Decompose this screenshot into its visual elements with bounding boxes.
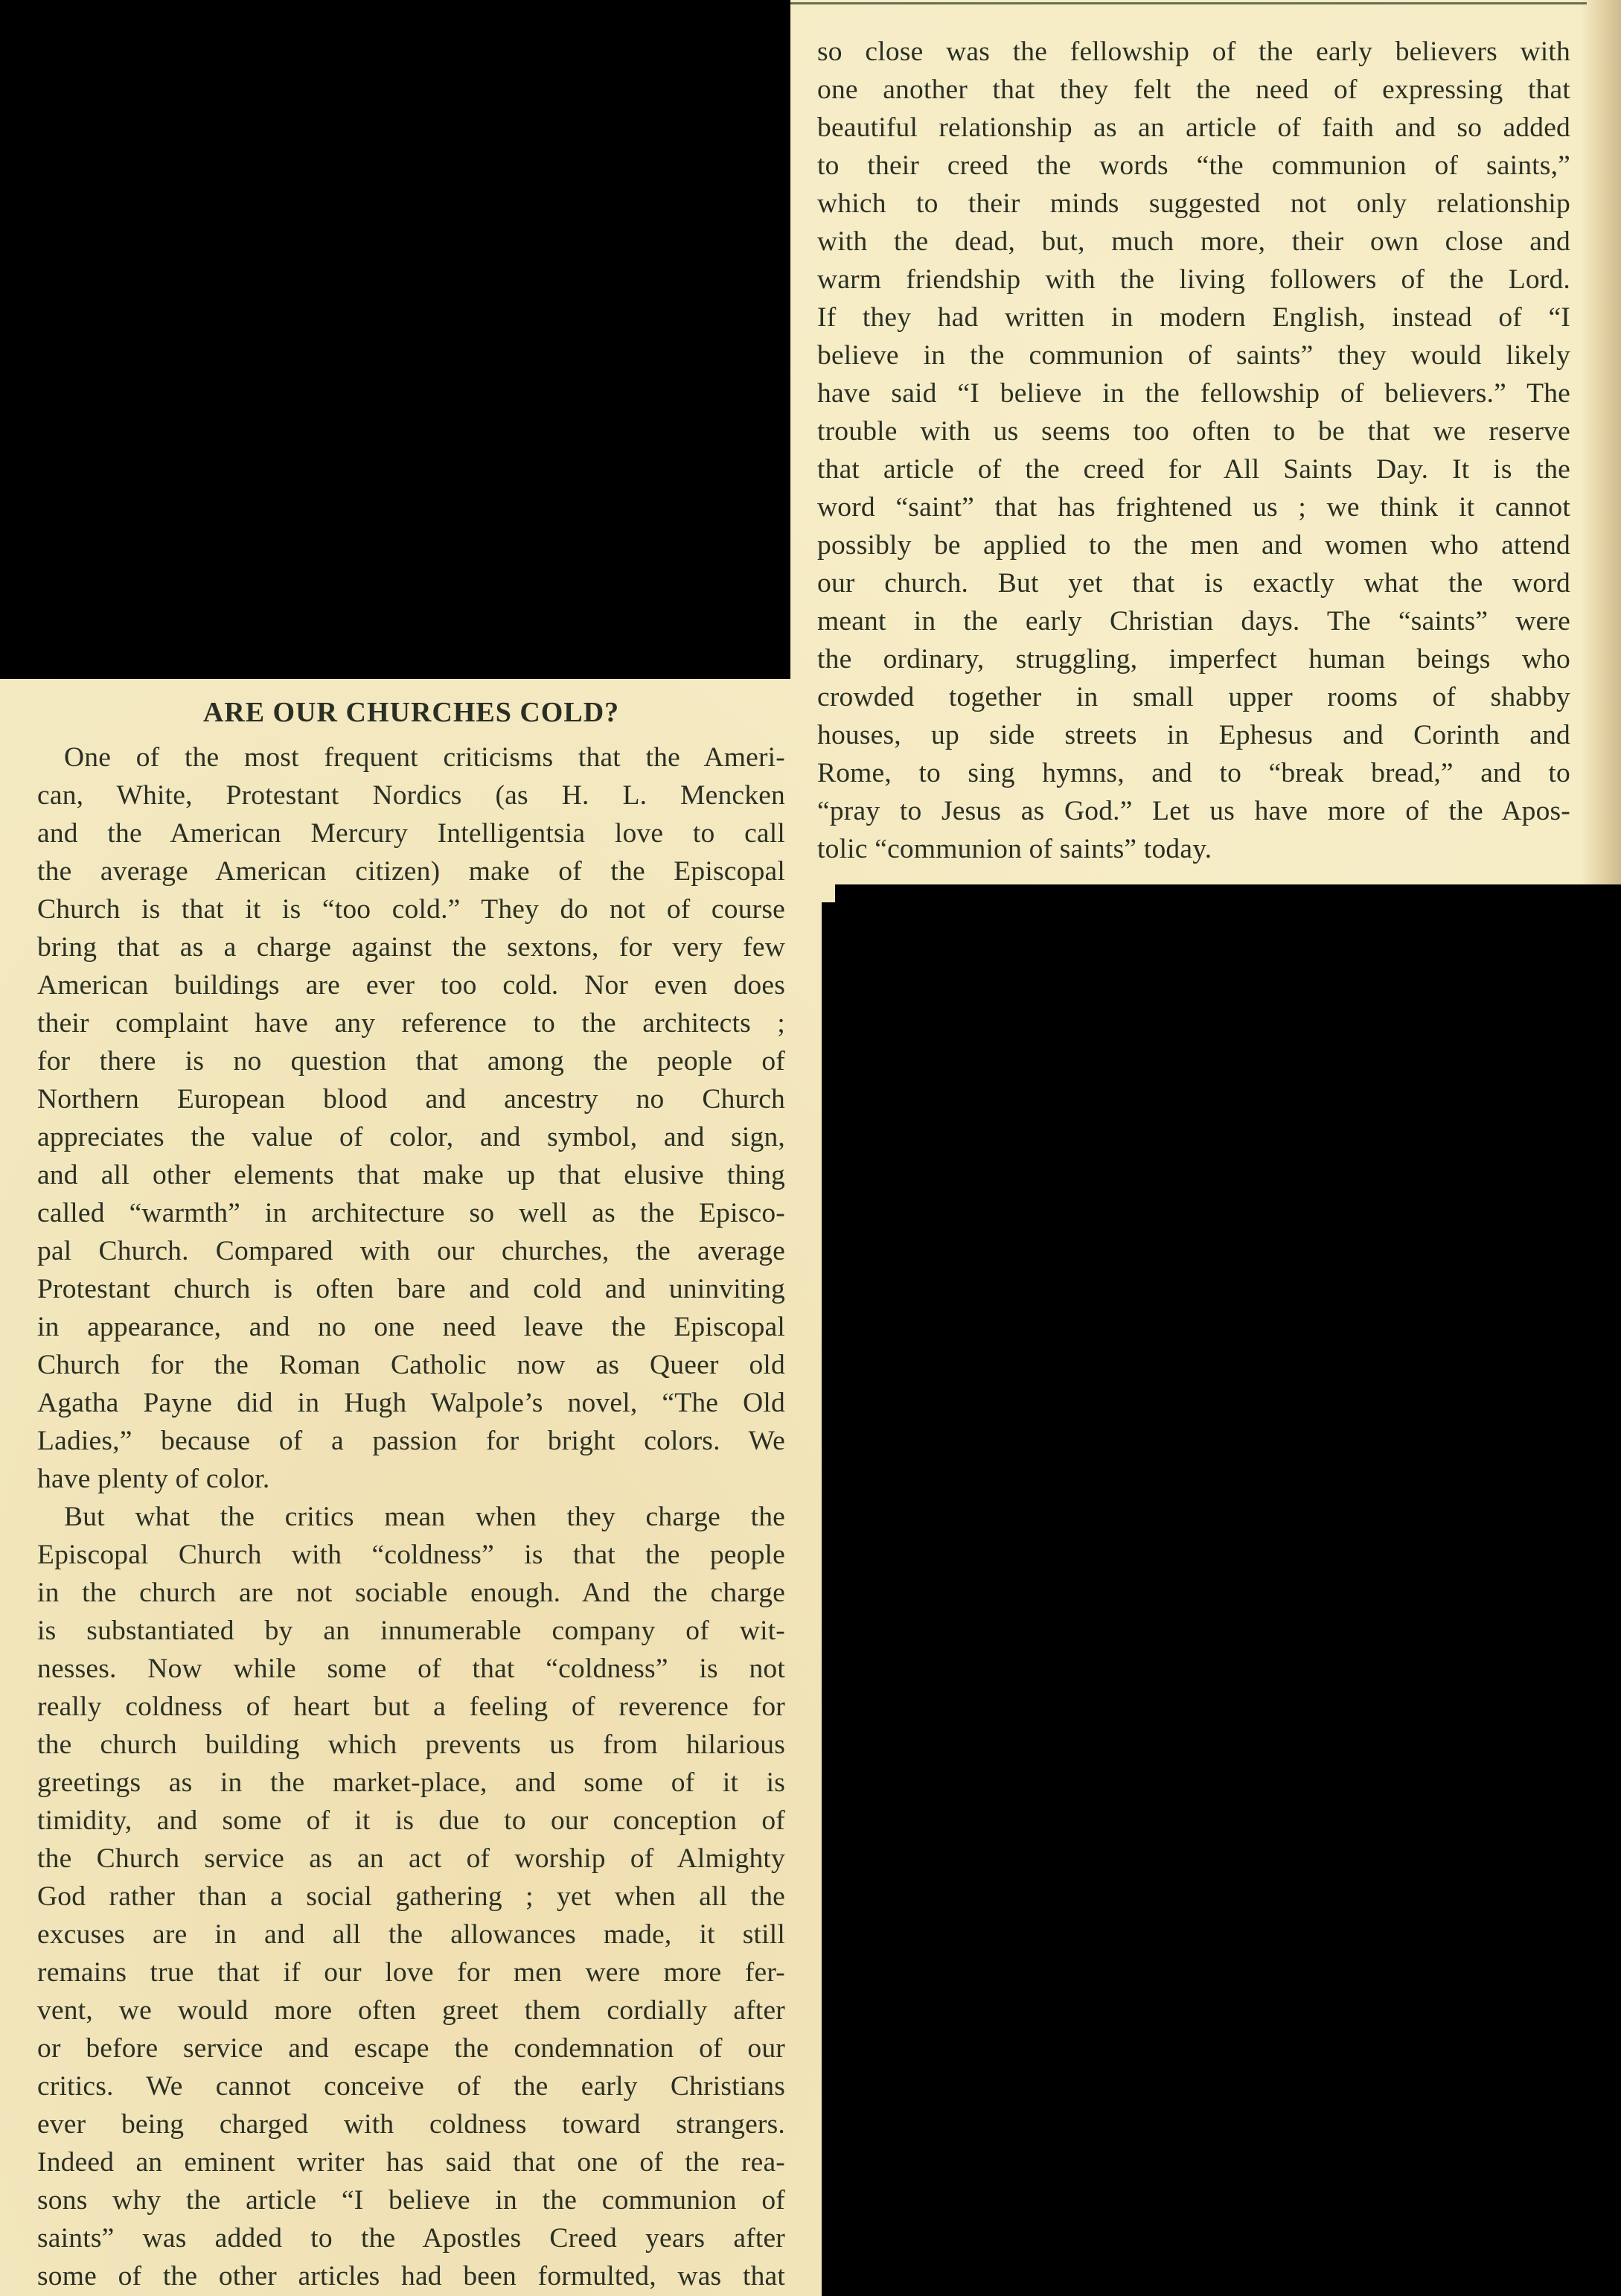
paragraph-1-line: Church is that it is “too cold.” They do… (37, 890, 785, 928)
text-line: believe in the communion of saints” they… (817, 337, 1570, 374)
text-line: our church. But yet that is exactly what… (817, 564, 1570, 602)
redaction-bottom-right (835, 884, 1621, 2296)
text-line: one another that they felt the need of e… (817, 71, 1570, 109)
paragraph-1-line: Protestant church is often bare and cold… (37, 1270, 785, 1308)
paragraph-1-line: can, White, Protestant Nordics (as H. L.… (37, 777, 785, 814)
text-line: that article of the creed for All Saints… (817, 450, 1570, 488)
paragraph-1-line: the average American citizen) make of th… (37, 852, 785, 890)
text-line: “pray to Jesus as God.” Let us have more… (817, 792, 1570, 830)
right-column-text: so close was the fellowship of the early… (817, 33, 1570, 868)
paragraph-1-line: Church for the Roman Catholic now as Que… (37, 1346, 785, 1384)
paragraph-2-line: remains true that if our love for men we… (37, 1954, 785, 1992)
paragraph-1-line: Ladies,” because of a passion for bright… (37, 1422, 785, 1460)
text-line: trouble with us seems too often to be th… (817, 412, 1570, 450)
paragraph-2-line: or before service and escape the condemn… (37, 2029, 785, 2067)
paragraph-2-line: timidity, and some of it is due to our c… (37, 1802, 785, 1840)
paragraph-1-line: Agatha Payne did in Hugh Walpole’s novel… (37, 1384, 785, 1422)
text-line: crowded together in small upper rooms of… (817, 678, 1570, 716)
text-line: meant in the early Christian days. The “… (817, 602, 1570, 640)
paragraph-1-line: their complaint have any reference to th… (37, 1004, 785, 1042)
paragraph-2-line: Episcopal Church with “coldness” is that… (37, 1536, 785, 1574)
paragraph-1-line: and all other elements that make up that… (37, 1156, 785, 1194)
paragraph-1-line: have plenty of color. (37, 1460, 785, 1498)
paragraph-1-line: in appearance, and no one need leave the… (37, 1308, 785, 1346)
text-line: possibly be applied to the men and women… (817, 526, 1570, 564)
text-line: to their creed the words “the communion … (817, 147, 1570, 185)
paragraph-2-line: in the church are not sociable enough. A… (37, 1574, 785, 1612)
paragraph-2-line: is substantiated by an innumerable compa… (37, 1612, 785, 1650)
paragraph-1-line: One of the most frequent criticisms that… (37, 739, 785, 777)
paragraph-1-line: for there is no question that among the … (37, 1042, 785, 1080)
text-line: beautiful relationship as an article of … (817, 109, 1570, 147)
paragraph-2-line: vent, we would more often greet them cor… (37, 1992, 785, 2029)
paragraph-2-line: really coldness of heart but a feeling o… (37, 1688, 785, 1726)
paragraph-2-line: greetings as in the market-place, and so… (37, 1764, 785, 1802)
paragraph-2-line: saints” was added to the Apostles Creed … (37, 2219, 785, 2257)
text-line: tolic “communion of saints” today. (817, 830, 1570, 868)
paragraph-2-line: excuses are in and all the allowances ma… (37, 1916, 785, 1954)
redaction-top-left (0, 0, 790, 679)
redaction-bottom-right-step (822, 902, 851, 2296)
paragraph-2-line: Indeed an eminent writer has said that o… (37, 2143, 785, 2181)
text-line: word “saint” that has frightened us ; we… (817, 488, 1570, 526)
paragraph-2-line: God rather than a social gathering ; yet… (37, 1878, 785, 1916)
text-line: If they had written in modern English, i… (817, 299, 1570, 337)
paragraph-1-line: bring that as a charge against the sexto… (37, 928, 785, 966)
text-line: so close was the fellowship of the early… (817, 33, 1570, 71)
paragraph-2-line: the church building which prevents us fr… (37, 1726, 785, 1764)
text-line: have said “I believe in the fellowship o… (817, 374, 1570, 412)
paragraph-2-line: nesses. Now while some of that “coldness… (37, 1650, 785, 1688)
paragraph-1-line: and the American Mercury Intelligentsia … (37, 814, 785, 852)
text-line: Rome, to sing hymns, and to “break bread… (817, 754, 1570, 792)
article-body: One of the most frequent criticisms that… (37, 739, 785, 2295)
paragraph-2-line: sons why the article “I believe in the c… (37, 2181, 785, 2219)
text-line: houses, up side streets in Ephesus and C… (817, 716, 1570, 754)
text-line: with the dead, but, much more, their own… (817, 223, 1570, 261)
paragraph-2-line: But what the critics mean when they char… (37, 1498, 785, 1536)
text-line: the ordinary, struggling, imperfect huma… (817, 640, 1570, 678)
paragraph-2-line: ever being charged with coldness toward … (37, 2105, 785, 2143)
paragraph-1-line: appreciates the value of color, and symb… (37, 1118, 785, 1156)
paragraph-2-line: some of the other articles had been form… (37, 2257, 785, 2295)
article-title: ARE OUR CHURCHES COLD? (37, 696, 785, 729)
paragraph-2-line: critics. We cannot conceive of the early… (37, 2067, 785, 2105)
paragraph-1-line: Northern European blood and ancestry no … (37, 1080, 785, 1118)
paragraph-1-line: American buildings are ever too cold. No… (37, 966, 785, 1004)
text-line: which to their minds suggested not only … (817, 185, 1570, 223)
paragraph-1-line: pal Church. Compared with our churches, … (37, 1232, 785, 1270)
column-top-rule (790, 2, 1587, 4)
paragraph-2-line: the Church service as an act of worship … (37, 1840, 785, 1878)
text-line: warm friendship with the living follower… (817, 261, 1570, 299)
paragraph-1-line: called “warmth” in architecture so well … (37, 1194, 785, 1232)
